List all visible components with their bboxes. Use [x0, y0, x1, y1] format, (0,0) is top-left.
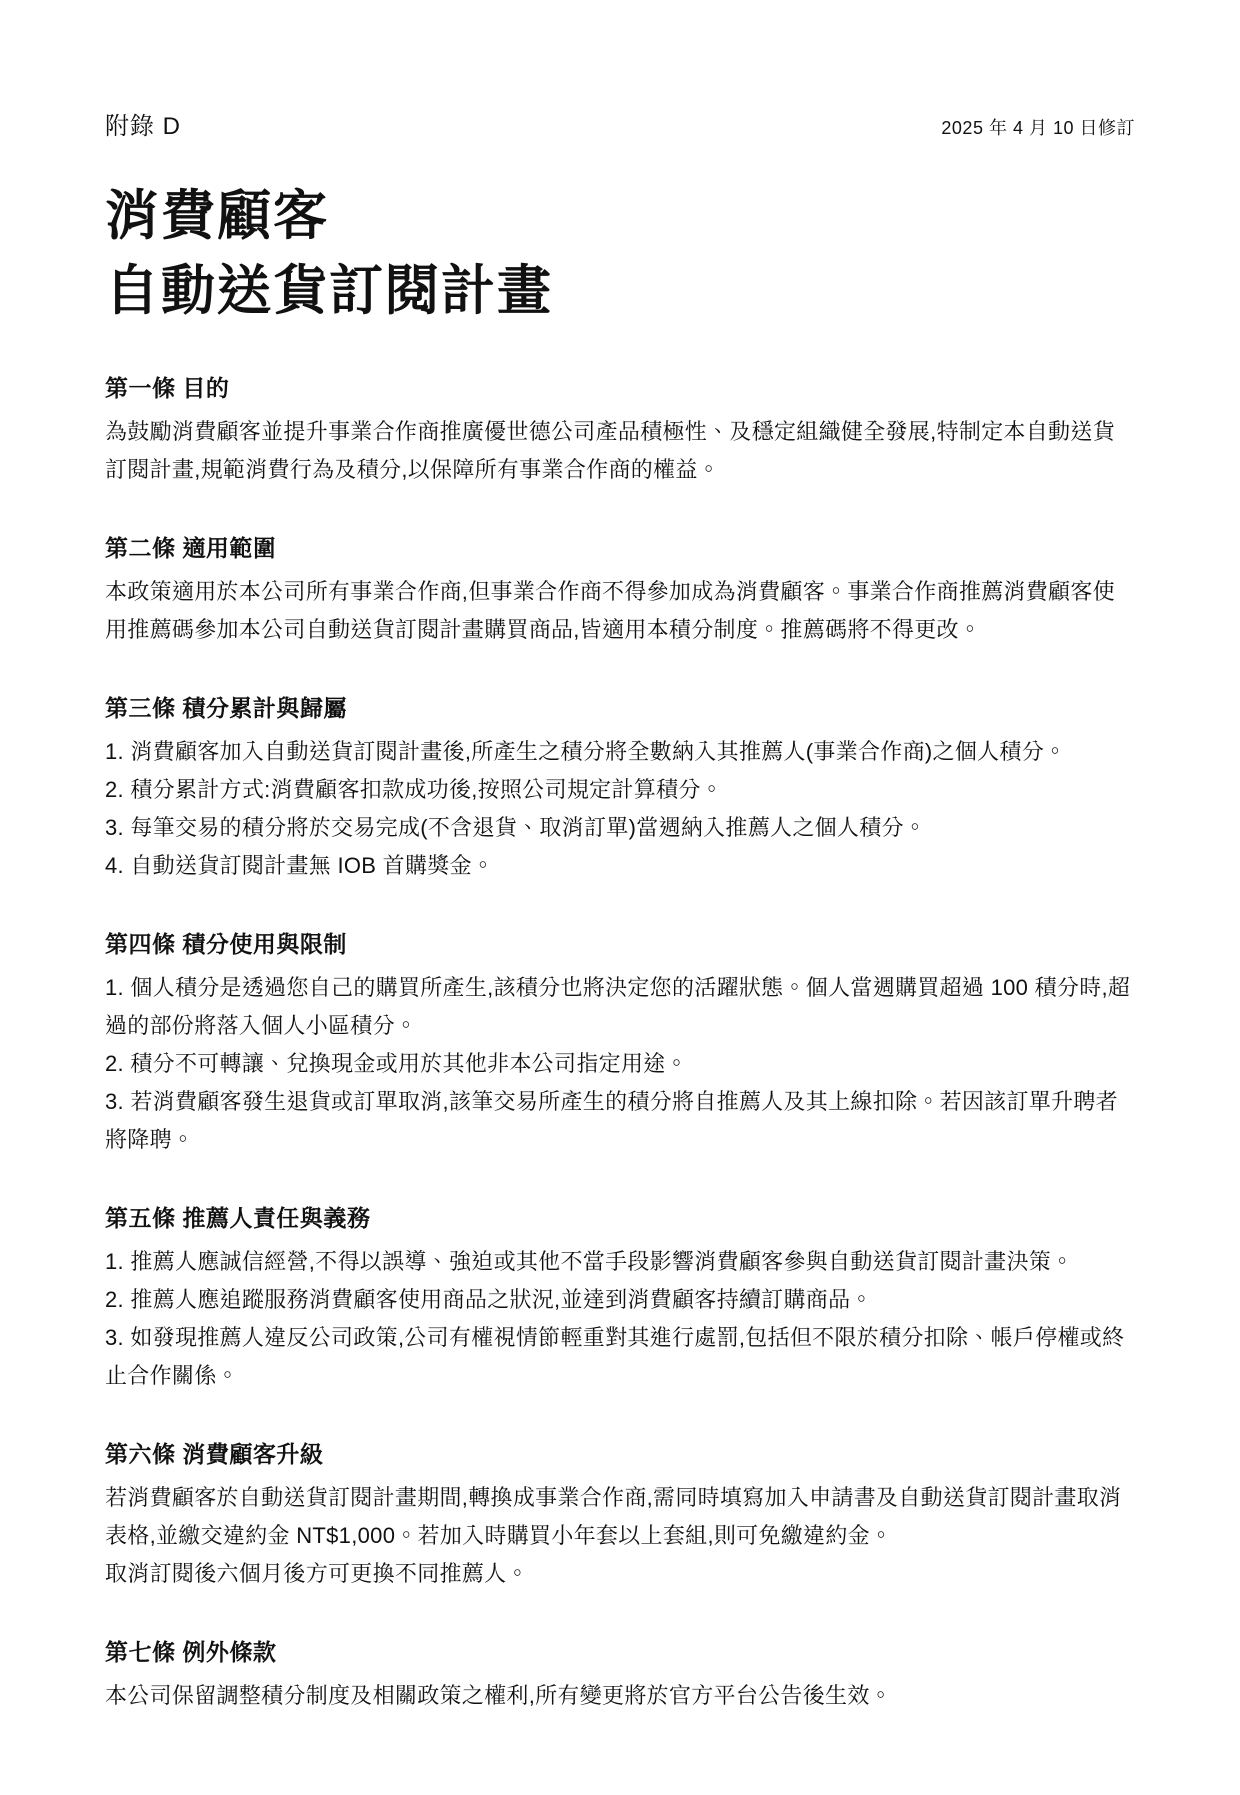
document-title-line-1: 消費顧客 [105, 179, 1135, 254]
section-paragraph: 為鼓勵消費顧客並提升事業合作商推廣優世德公司產品積極性、及穩定組織健全發展,特制… [105, 413, 1135, 489]
section-article-4: 第四條 積分使用與限制 1. 個人積分是透過您自己的購買所產生,該積分也將決定您… [105, 927, 1135, 1159]
list-item: 3. 如發現推薦人違反公司政策,公司有權視情節輕重對其進行處罰,包括但不限於積分… [105, 1319, 1135, 1395]
section-heading: 第二條 適用範圍 [105, 531, 1135, 565]
section-heading: 第七條 例外條款 [105, 1635, 1135, 1669]
list-item: 2. 積分不可轉讓、兌換現金或用於其他非本公司指定用途。 [105, 1045, 1135, 1083]
list-item: 3. 若消費顧客發生退貨或訂單取消,該筆交易所產生的積分將自推薦人及其上線扣除。… [105, 1083, 1135, 1159]
section-heading: 第一條 目的 [105, 371, 1135, 405]
list-item: 4. 自動送貨訂閱計畫無 IOB 首購獎金。 [105, 847, 1135, 885]
revision-date: 2025 年 4 月 10 日修訂 [941, 114, 1135, 140]
section-paragraph: 本公司保留調整積分制度及相關政策之權利,所有變更將於官方平台公告後生效。 [105, 1677, 1135, 1715]
section-article-7: 第七條 例外條款 本公司保留調整積分制度及相關政策之權利,所有變更將於官方平台公… [105, 1635, 1135, 1715]
section-paragraph: 若消費顧客於自動送貨訂閱計畫期間,轉換成事業合作商,需同時填寫加入申請書及自動送… [105, 1479, 1135, 1555]
section-paragraph: 本政策適用於本公司所有事業合作商,但事業合作商不得參加成為消費顧客。事業合作商推… [105, 573, 1135, 649]
section-article-3: 第三條 積分累計與歸屬 1. 消費顧客加入自動送貨訂閱計畫後,所產生之積分將全數… [105, 691, 1135, 885]
list-item: 1. 推薦人應誠信經營,不得以誤導、強迫或其他不當手段影響消費顧客參與自動送貨訂… [105, 1243, 1135, 1281]
section-article-6: 第六條 消費顧客升級 若消費顧客於自動送貨訂閱計畫期間,轉換成事業合作商,需同時… [105, 1437, 1135, 1593]
document-page: 附錄 D 2025 年 4 月 10 日修訂 消費顧客 自動送貨訂閱計畫 第一條… [0, 0, 1240, 1795]
list-item: 2. 積分累計方式:消費顧客扣款成功後,按照公司規定計算積分。 [105, 771, 1135, 809]
document-title-line-2: 自動送貨訂閱計畫 [105, 254, 1135, 329]
section-article-5: 第五條 推薦人責任與義務 1. 推薦人應誠信經營,不得以誤導、強迫或其他不當手段… [105, 1201, 1135, 1395]
section-article-2: 第二條 適用範圍 本政策適用於本公司所有事業合作商,但事業合作商不得參加成為消費… [105, 531, 1135, 649]
list-item: 1. 消費顧客加入自動送貨訂閱計畫後,所產生之積分將全數納入其推薦人(事業合作商… [105, 733, 1135, 771]
section-heading: 第四條 積分使用與限制 [105, 927, 1135, 961]
section-heading: 第六條 消費顧客升級 [105, 1437, 1135, 1471]
section-heading: 第三條 積分累計與歸屬 [105, 691, 1135, 725]
list-item: 1. 個人積分是透過您自己的購買所產生,該積分也將決定您的活躍狀態。個人當週購買… [105, 969, 1135, 1045]
document-header: 附錄 D 2025 年 4 月 10 日修訂 [105, 106, 1135, 141]
appendix-label: 附錄 D [105, 106, 181, 141]
section-paragraph: 取消訂閱後六個月後方可更換不同推薦人。 [105, 1555, 1135, 1593]
section-article-1: 第一條 目的 為鼓勵消費顧客並提升事業合作商推廣優世德公司產品積極性、及穩定組織… [105, 371, 1135, 489]
section-heading: 第五條 推薦人責任與義務 [105, 1201, 1135, 1235]
document-title: 消費顧客 自動送貨訂閱計畫 [105, 179, 1135, 329]
list-item: 3. 每筆交易的積分將於交易完成(不含退貨、取消訂單)當週納入推薦人之個人積分。 [105, 809, 1135, 847]
list-item: 2. 推薦人應追蹤服務消費顧客使用商品之狀況,並達到消費顧客持續訂購商品。 [105, 1281, 1135, 1319]
